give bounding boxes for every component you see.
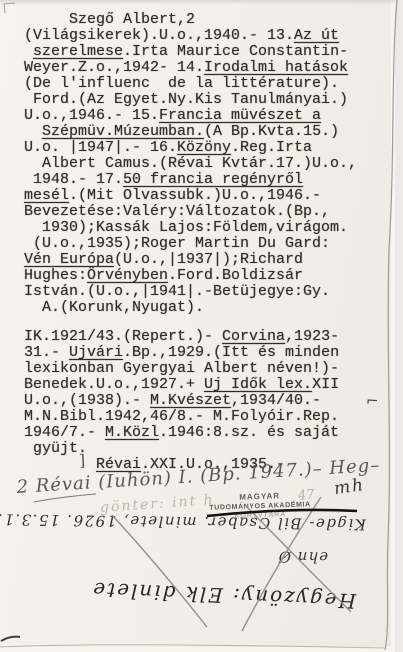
typed-line: U.o.,(1938).- M.Kvészet,1934/40.-: [24, 393, 357, 409]
underlined-title: Uj Idők lex.: [204, 376, 312, 393]
typed-line: (De l'influenc de la littérature).: [24, 76, 357, 92]
underlined-title: mesél: [24, 187, 69, 204]
typed-line: U.o.,1946.- 15.Francia müvészet a: [24, 108, 357, 124]
underlined-title: Szépmüv.Múzeumban.: [42, 123, 204, 140]
typed-line: Hughes:Örvényben.Ford.Boldizsár: [24, 268, 357, 284]
typed-line: gyüjt.: [24, 441, 357, 457]
underlined-title: Az út: [294, 27, 339, 44]
scan-top-edge: [0, 0, 403, 5]
typed-line: (U.o.,1935);Roger Martin Du Gard:: [24, 236, 357, 252]
underlined-title: Francia müvészet a: [159, 107, 321, 124]
typed-line: Benedek.U.o.,1927.+ Uj Idők lex.XII: [24, 377, 357, 393]
typed-line: lexikonban Gyergyai Albert néven!)-: [24, 361, 357, 377]
typed-line: 31.- Ujvári.Bp.,1929.(Itt és minden: [24, 345, 357, 361]
underlined-title: szerelmese: [33, 43, 123, 60]
typed-line: Albert Camus.(Révai Kvtár.17.)U.o.,: [24, 156, 357, 172]
typed-line: Bevezetése:Valéry:Változatok.(Bp.,: [24, 204, 357, 220]
underlined-title: Irodalmi hatások: [204, 59, 348, 76]
underlined-title: Révai: [96, 456, 141, 473]
typed-line: 1930);Kassák Lajos:Földem,virágom.: [24, 220, 357, 236]
typed-line: Szegő Albert,2: [24, 12, 357, 28]
scan-right-edge: [395, 0, 403, 652]
photo-background: Szegő Albert,2(Világsikerek).U.o.,1940.-…: [0, 0, 403, 652]
typed-line: IK.1921/43.(Repert.)- Corvina,1923-: [24, 329, 357, 345]
typed-line: 1946/7.- M.Közl.1946:8.sz. és saját: [24, 425, 357, 441]
typed-line: Szépmüv.Múzeumban.(A Bp.Kvta.15.): [24, 124, 357, 140]
typed-line: Révai.XXI.U.o.,1935.-: [24, 457, 357, 473]
typed-text-block: Szegő Albert,2(Világsikerek).U.o.,1940.-…: [24, 12, 357, 473]
underlined-title: M.Kvészet: [150, 392, 231, 409]
underlined-title: Vén Európa: [24, 251, 114, 268]
typed-line: szerelmese.Irta Maurice Constantin-: [24, 44, 357, 60]
underlined-title: Ujvári: [69, 344, 123, 361]
typed-line: 1948.- 17.50 francia regényről: [24, 172, 357, 188]
typed-line: mesél.(Mit Olvassubk.)U.o.,1946.-: [24, 188, 357, 204]
typed-line: Weyer.Z.o.,1942- 14.Irodalmi hatások: [24, 60, 357, 76]
typed-line: István.(U.o.,|1941|.-Betüjegye:Gy.: [24, 284, 357, 300]
typed-line: Vén Európa(U.o.,|1937|);Richard: [24, 252, 357, 268]
typed-line: U.o. |1947|.- 16.Közöny.Reg.Irta: [24, 140, 357, 156]
underlined-title: Corvina: [222, 328, 285, 345]
typed-line: (Világsikerek).U.o.,1940.- 13.Az út: [24, 28, 357, 44]
underlined-title: M.Közl: [105, 424, 159, 441]
typed-line: Ford.(Az Egyet.Ny.Kis Tanulmányai.): [24, 92, 357, 108]
underlined-title: Közöny: [177, 139, 231, 156]
underlined-title: 50 francia regényről: [123, 171, 303, 188]
typed-line: M.N.Bibl.1942,46/8.- M.Folyóir.Rep.: [24, 409, 357, 425]
typed-line: A.(Korunk,Nyugat).: [24, 300, 357, 316]
underlined-title: Örvényben: [87, 267, 168, 284]
